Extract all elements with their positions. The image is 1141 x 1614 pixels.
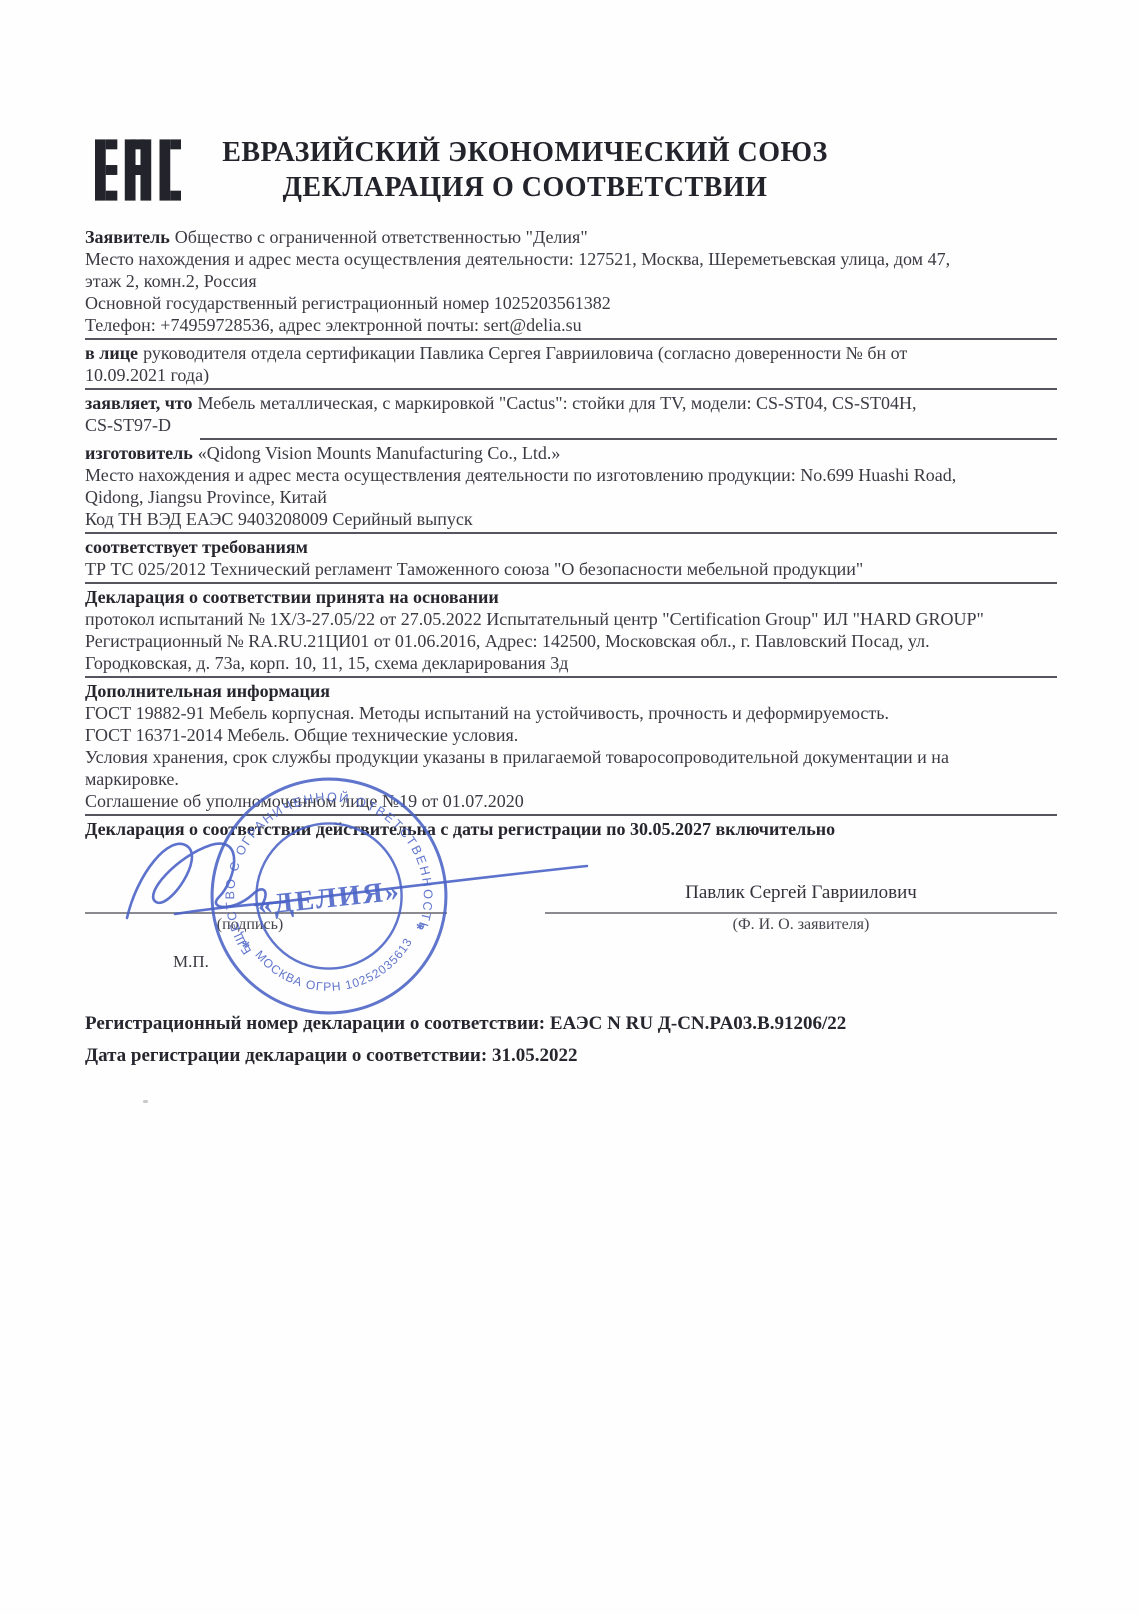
section-divider (85, 532, 1057, 534)
scan-artifact (143, 1100, 148, 1103)
basis-text-line: Регистрационный № RA.RU.21ЦИ01 от 01.06.… (85, 630, 1057, 652)
manufacturer-address-line: Qidong, Jiangsu Province, Китай (85, 486, 1057, 508)
additional-info-line: ГОСТ 16371-2014 Мебель. Общие технически… (85, 724, 1057, 746)
stamp-center-text: «ДЕЛИЯ» (256, 876, 402, 922)
basis-section: Декларация о соответствии принята на осн… (85, 586, 1057, 674)
section-divider (85, 814, 1057, 816)
manufacturer-address-line: Место нахождения и адрес места осуществл… (85, 464, 1057, 486)
section-divider (85, 338, 1057, 340)
signature-block: (подпись) М.П. Павлик Сергей Гавриилович… (85, 846, 1057, 996)
applicant-ogrn: Основной государственный регистрационный… (85, 292, 1057, 314)
document-title: ЕВРАЗИЙСКИЙ ЭКОНОМИЧЕСКИЙ СОЮЗ ДЕКЛАРАЦИ… (85, 135, 965, 205)
signature-caption: (подпись) (165, 916, 335, 934)
section-divider (85, 388, 1057, 390)
product-description: Мебель металлическая, с маркировкой "Cac… (198, 393, 917, 413)
section-divider (200, 438, 1057, 440)
document-body: ЗаявительОбщество с ограниченной ответст… (85, 226, 1057, 1072)
manufacturer-section: изготовитель«Qidong Vision Mounts Manufa… (85, 442, 1057, 530)
applicant-address-line: Место нахождения и адрес места осуществл… (85, 248, 1057, 270)
additional-info-section: Дополнительная информация ГОСТ 19882-91 … (85, 680, 1057, 812)
representative-text: руководителя отдела сертификации Павлика… (143, 343, 907, 363)
applicant-phone: Телефон: +74959728536, адрес электронной… (85, 314, 1057, 336)
representative-text: 10.09.2021 года) (85, 364, 1057, 386)
applicant-address-line: этаж 2, комн.2, Россия (85, 270, 1057, 292)
applicant-label: Заявитель (85, 227, 170, 247)
tnved-code: Код ТН ВЭД ЕАЭС 9403208009 Серийный выпу… (85, 508, 1057, 530)
title-line-2: ДЕКЛАРАЦИЯ О СООТВЕТСТВИИ (85, 170, 965, 205)
stamp-star-right: * (415, 919, 426, 939)
section-divider (85, 582, 1057, 584)
signer-name: Павлик Сергей Гавриилович (545, 882, 1057, 904)
additional-info-line: Условия хранения, срок службы продукции … (85, 746, 1057, 768)
signer-name-caption: (Ф. И. О. заявителя) (545, 916, 1057, 934)
manufacturer-label: изготовитель (85, 443, 193, 463)
declaration-subject-section: заявляет, чтоМебель металлическая, с мар… (85, 392, 1057, 436)
basis-label: Декларация о соответствии принята на осн… (85, 586, 1057, 608)
applicant-section: ЗаявительОбщество с ограниченной ответст… (85, 226, 1057, 336)
additional-info-line: ГОСТ 19882-91 Мебель корпусная. Методы и… (85, 702, 1057, 724)
stamp-place-label: М.П. (173, 952, 209, 972)
registration-date: Дата регистрации декларации о соответств… (85, 1040, 1057, 1072)
additional-info-line: Соглашение об уполномоченном лице №19 от… (85, 790, 1057, 812)
applicant-name: Общество с ограниченной ответственностью… (175, 227, 588, 247)
basis-text-line: Городковская, д. 73а, корп. 10, 11, 15, … (85, 652, 1057, 674)
representative-section: в лицеруководителя отдела сертификации П… (85, 342, 1057, 386)
technical-regulation: ТР ТС 025/2012 Технический регламент Там… (85, 558, 1057, 580)
document-page: ЕВРАЗИЙСКИЙ ЭКОНОМИЧЕСКИЙ СОЮЗ ДЕКЛАРАЦИ… (0, 0, 1141, 1614)
representative-label: в лице (85, 343, 138, 363)
section-divider (85, 676, 1057, 678)
basis-text-line: протокол испытаний № 1Х/3-27.05/22 от 27… (85, 608, 1057, 630)
declares-label: заявляет, что (85, 393, 193, 413)
compliance-label: соответствует требованиям (85, 536, 1057, 558)
title-line-1: ЕВРАЗИЙСКИЙ ЭКОНОМИЧЕСКИЙ СОЮЗ (85, 135, 965, 170)
signature-line (85, 912, 447, 914)
registration-footer: Регистрационный номер декларации о соотв… (85, 1008, 1057, 1072)
stamp-star-left: * (241, 937, 252, 957)
additional-info-line: маркировке. (85, 768, 1057, 790)
registration-number: Регистрационный номер декларации о соотв… (85, 1008, 1057, 1040)
product-model: CS-ST97-D (85, 414, 1057, 436)
manufacturer-name: «Qidong Vision Mounts Manufacturing Co.,… (198, 443, 561, 463)
document-header: ЕВРАЗИЙСКИЙ ЭКОНОМИЧЕСКИЙ СОЮЗ ДЕКЛАРАЦИ… (85, 133, 1057, 213)
additional-info-label: Дополнительная информация (85, 680, 1057, 702)
signer-name-line (545, 912, 1057, 914)
compliance-section: соответствует требованиям ТР ТС 025/2012… (85, 536, 1057, 580)
validity-statement: Декларация о соответствии действительна … (85, 818, 1057, 840)
